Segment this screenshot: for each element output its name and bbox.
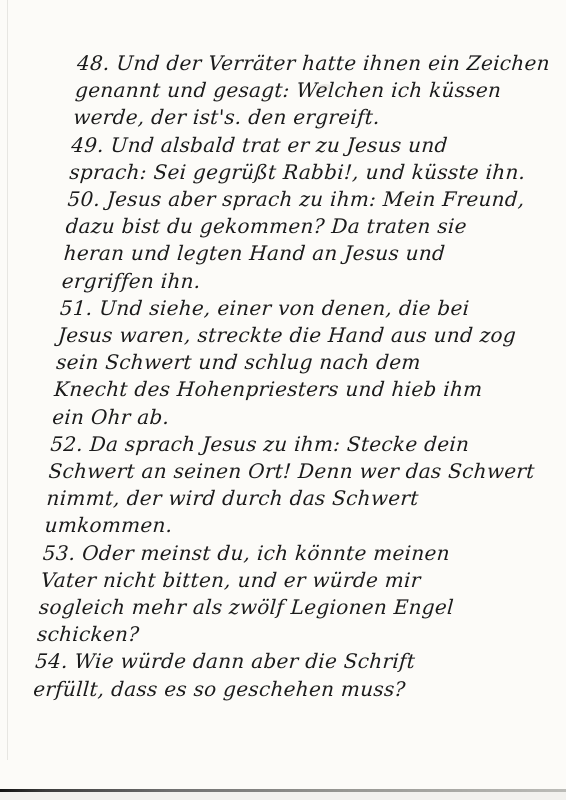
manuscript-line: 48. Und der Verräter hatte ihnen ein Zei… <box>76 50 553 77</box>
manuscript-line: 53. Oder meinst du, ich könnte meinen <box>42 540 519 567</box>
manuscript-line: Schwert an seinen Ort! Denn wer das Schw… <box>48 458 525 485</box>
manuscript-line: heran und legten Hand an Jesus und <box>63 240 540 267</box>
manuscript-line: Vater nicht bitten, und er würde mir <box>40 567 517 594</box>
paper-edge-below-area <box>0 792 566 800</box>
manuscript-line: sprach: Sei gegrüßt Rabbi!, und küsste i… <box>68 159 545 186</box>
manuscript-line: dazu bist du gekommen? Da traten sie <box>65 213 542 240</box>
manuscript-line: 50. Jesus aber sprach zu ihm: Mein Freun… <box>67 186 544 213</box>
manuscript-line: erfüllt, dass es so geschehen muss? <box>32 676 509 703</box>
manuscript-line: werde, der ist's. den ergreift. <box>72 104 549 131</box>
manuscript-line: Knecht des Hohenpriesters und hieb ihm <box>53 376 530 403</box>
manuscript-line: genannt und gesagt: Welchen ich küssen <box>74 77 551 104</box>
manuscript-line: sogleich mehr als zwölf Legionen Engel <box>38 594 515 621</box>
manuscript-line: nimmt, der wird durch das Schwert <box>46 485 523 512</box>
manuscript-line: Jesus waren, streckte die Hand aus und z… <box>57 322 534 349</box>
manuscript-line: ergriffen ihn. <box>61 268 538 295</box>
scanned-manuscript-page: 48. Und der Verräter hatte ihnen ein Zei… <box>0 0 566 800</box>
manuscript-line: umkommen. <box>44 512 521 539</box>
handwritten-text-block: 48. Und der Verräter hatte ihnen ein Zei… <box>32 50 553 703</box>
manuscript-line: 51. Und siehe, einer von denen, die bei <box>59 295 536 322</box>
manuscript-line: schicken? <box>36 621 513 648</box>
manuscript-line: sein Schwert und schlug nach dem <box>55 349 532 376</box>
paper-edge-shadow-left <box>7 0 8 760</box>
manuscript-line: 52. Da sprach Jesus zu ihm: Stecke dein <box>49 431 526 458</box>
manuscript-line: 54. Wie würde dann aber die Schrift <box>34 648 511 675</box>
manuscript-line: ein Ohr ab. <box>51 404 528 431</box>
manuscript-line: 49. Und alsbald trat er zu Jesus und <box>70 132 547 159</box>
